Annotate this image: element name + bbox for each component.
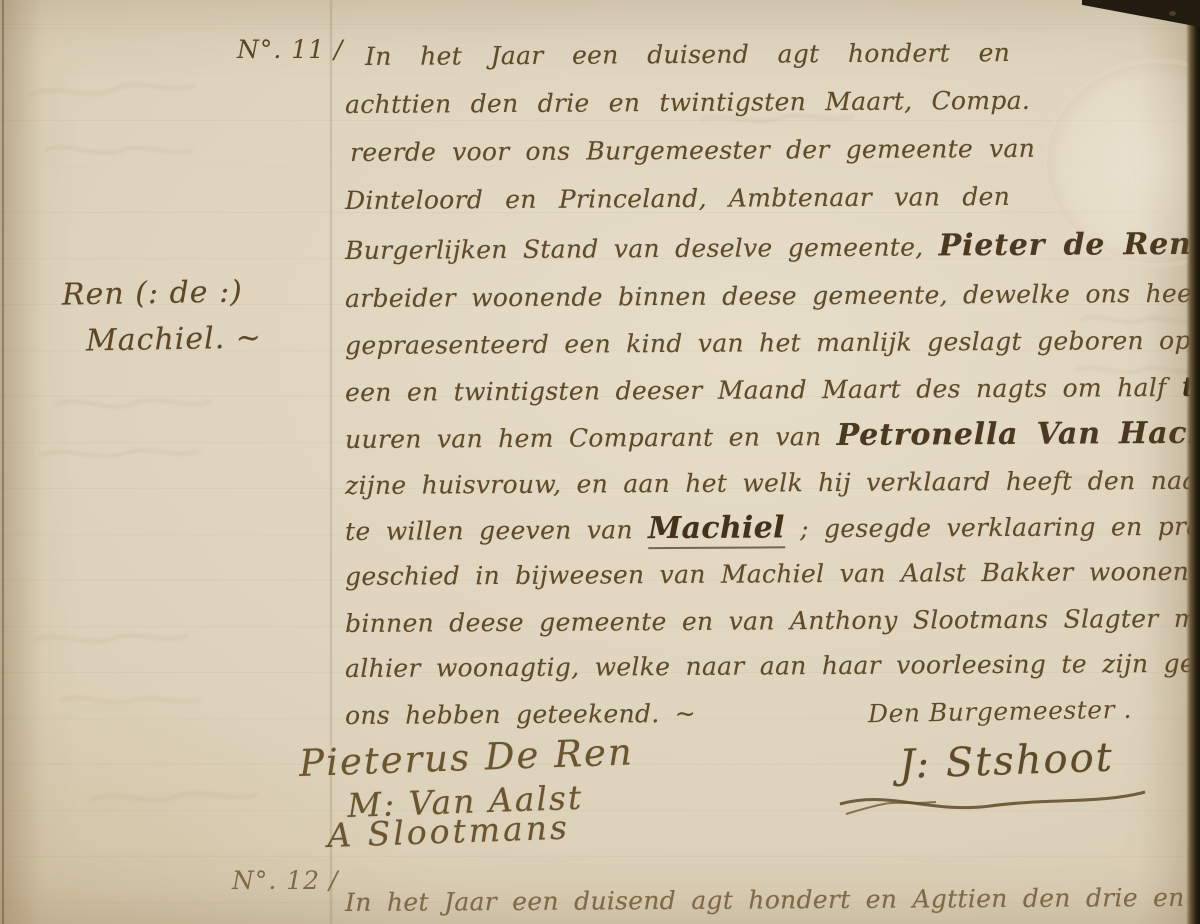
edge-vignette <box>0 0 1200 924</box>
corner-ink-speck <box>1169 11 1176 16</box>
page-right-edge <box>1186 0 1200 924</box>
document-scan: N°. 11 / Ren (: de :) Machiel. ~ In het … <box>0 0 1200 924</box>
